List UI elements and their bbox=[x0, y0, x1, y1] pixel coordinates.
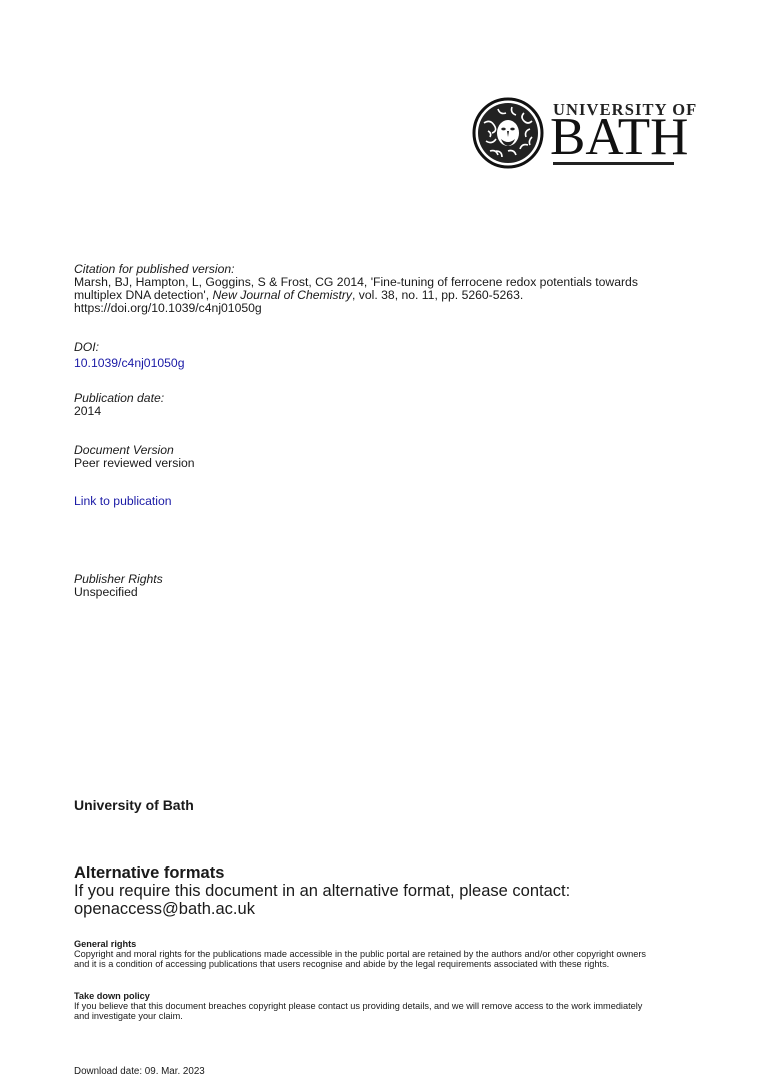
citation-journal: New Journal of Chemistry bbox=[213, 288, 353, 302]
publication-date-section: Publication date: 2014 bbox=[74, 392, 164, 418]
institution-name: University of Bath bbox=[74, 797, 194, 813]
citation-text: Marsh, BJ, Hampton, L, Goggins, S & Fros… bbox=[74, 276, 714, 315]
general-rights-line2: and it is a condition of accessing publi… bbox=[74, 959, 754, 969]
citation-title-cont: multiplex DNA detection', bbox=[74, 288, 209, 302]
publication-date-value: 2014 bbox=[74, 405, 164, 418]
publisher-rights-value: Unspecified bbox=[74, 586, 163, 599]
take-down-policy-line2: and investigate your claim. bbox=[74, 1011, 754, 1021]
logo-underline bbox=[553, 162, 674, 165]
link-to-publication[interactable]: Link to publication bbox=[74, 495, 172, 508]
general-rights-heading: General rights bbox=[74, 939, 754, 949]
alternative-formats-text: If you require this document in an alter… bbox=[74, 882, 570, 900]
document-version-section: Document Version Peer reviewed version bbox=[74, 444, 195, 470]
alternative-formats-heading: Alternative formats bbox=[74, 864, 570, 882]
citation-section: Citation for published version: Marsh, B… bbox=[74, 263, 714, 315]
alternative-formats-section: Alternative formats If you require this … bbox=[74, 864, 570, 918]
take-down-policy-section: Take down policy If you believe that thi… bbox=[74, 991, 754, 1021]
citation-url: https://doi.org/10.1039/c4nj01050g bbox=[74, 301, 262, 315]
university-of-bath-emblem-icon bbox=[472, 97, 544, 169]
document-version-value: Peer reviewed version bbox=[74, 457, 195, 470]
general-rights-line1: Copyright and moral rights for the publi… bbox=[74, 949, 754, 959]
logo-bath-text: BATH bbox=[550, 113, 688, 161]
take-down-policy-heading: Take down policy bbox=[74, 991, 754, 1001]
citation-title: 'Fine-tuning of ferrocene redox potentia… bbox=[371, 275, 638, 289]
university-logo: UNIVERSITY OF BATH bbox=[472, 97, 677, 169]
doi-section: DOI: 10.1039/c4nj01050g bbox=[74, 341, 184, 372]
alternative-formats-email: openaccess@bath.ac.uk bbox=[74, 900, 570, 918]
download-date: Download date: 09. Mar. 2023 bbox=[74, 1066, 205, 1077]
doi-label: DOI: bbox=[74, 341, 184, 354]
publisher-rights-section: Publisher Rights Unspecified bbox=[74, 573, 163, 599]
take-down-policy-line1: If you believe that this document breach… bbox=[74, 1001, 754, 1011]
citation-details: , vol. 38, no. 11, pp. 5260-5263. bbox=[352, 288, 523, 302]
general-rights-section: General rights Copyright and moral right… bbox=[74, 939, 754, 969]
doi-link[interactable]: 10.1039/c4nj01050g bbox=[74, 356, 184, 370]
citation-authors: Marsh, BJ, Hampton, L, Goggins, S & Fros… bbox=[74, 275, 367, 289]
